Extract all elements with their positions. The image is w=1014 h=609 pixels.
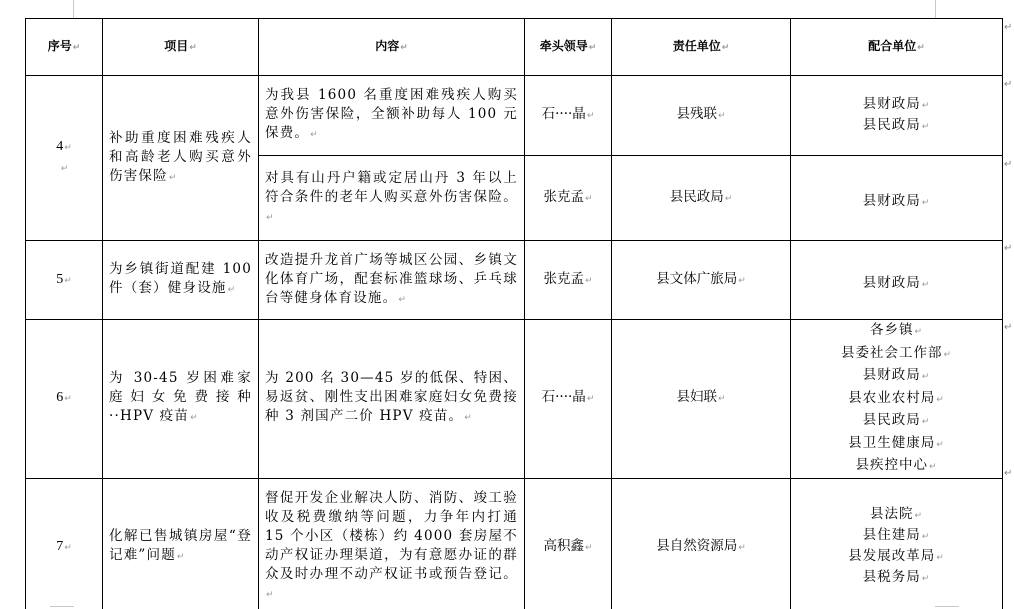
cooperating-unit: 县农业农村局↵ — [797, 388, 996, 411]
cooperating-unit: 县财政局↵ — [797, 274, 996, 295]
cell-project: 为 30-45 岁困难家庭妇女免费接种··HPV 疫苗↵ — [103, 320, 259, 479]
cell-cooperating-units: 县财政局↵ 县民政局↵ — [791, 76, 1003, 156]
cooperating-unit: 各乡镇↵ — [797, 320, 996, 343]
header-row: 序号↵ 项目↵ 内容↵ 牵头领导↵ 责任单位↵ 配合单位↵ — [26, 19, 1003, 76]
header-cooperating-units: 配合单位↵ — [791, 19, 1003, 76]
cell-cooperating-units: 县财政局↵ — [791, 241, 1003, 320]
cell-index: 7↵ — [26, 478, 103, 609]
cooperating-unit: 县财政局↵ — [797, 95, 996, 116]
page-corner-mark — [935, 0, 936, 18]
cell-cooperating-units: 县法院↵ 县住建局↵ 县发展改革局↵ 县税务局↵ — [791, 478, 1003, 609]
cell-project: 补助重度困难残疾人和高龄老人购买意外伤害保险↵ — [103, 76, 259, 241]
cooperating-unit: 县委社会工作部↵ — [797, 343, 996, 366]
cell-content: 为 200 名 30—45 岁的低保、特困、易返贫、刚性支出困难家庭妇女免费接种… — [259, 320, 525, 479]
cooperating-unit: 县发展改革局↵ — [797, 547, 996, 568]
cell-content: 督促开发企业解决人防、消防、竣工验收及税费缴纳等问题，力争年内打通 15 个小区… — [259, 478, 525, 609]
header-content: 内容↵ — [259, 19, 525, 76]
header-index: 序号↵ — [26, 19, 103, 76]
header-leader: 牵头领导↵ — [525, 19, 612, 76]
cell-leader: 石····晶↵ — [525, 320, 612, 479]
header-responsible-unit: 责任单位↵ — [612, 19, 791, 76]
header-project: 项目↵ — [103, 19, 259, 76]
work-items-table: 序号↵ 项目↵ 内容↵ 牵头领导↵ 责任单位↵ 配合单位↵ 4↵↵ 补助重度困难… — [25, 18, 1003, 609]
row-end-mark: ↵ — [1004, 79, 1012, 90]
page-corner-mark — [73, 0, 74, 18]
cooperating-unit: 县住建局↵ — [797, 526, 996, 547]
cooperating-unit: 县财政局↵ — [797, 365, 996, 388]
cooperating-unit: 县财政局↵ — [797, 192, 996, 213]
cell-responsible-unit: 县自然资源局↵ — [612, 478, 791, 609]
table-row: 4↵↵ 补助重度困难残疾人和高龄老人购买意外伤害保险↵ 为我县 1600 名重度… — [26, 76, 1003, 156]
cooperating-unit: 县疾控中心↵ — [797, 455, 996, 478]
cell-cooperating-units: 各乡镇↵ 县委社会工作部↵ 县财政局↵ 县农业农村局↵ 县民政局↵ 县卫生健康局… — [791, 320, 1003, 479]
cell-index: 5↵ — [26, 241, 103, 320]
cell-project: 为乡镇街道配建 100 件（套）健身设施↵ — [103, 241, 259, 320]
cooperating-unit: 县卫生健康局↵ — [797, 433, 996, 456]
cell-leader: 高积鑫↵ — [525, 478, 612, 609]
cell-cooperating-units: 县财政局↵ — [791, 156, 1003, 241]
cell-responsible-unit: 县民政局↵ — [612, 156, 791, 241]
cell-content: 改造提升龙首广场等城区公园、乡镇文化体育广场，配套标准篮球场、乒乓球台等健身体育… — [259, 241, 525, 320]
cell-leader: 石····晶↵ — [525, 76, 612, 156]
table-row: 6↵ 为 30-45 岁困难家庭妇女免费接种··HPV 疫苗↵ 为 200 名 … — [26, 320, 1003, 479]
row-end-mark: ↵ — [1004, 22, 1012, 33]
cell-index: 6↵ — [26, 320, 103, 479]
cell-leader: 张克孟↵ — [525, 156, 612, 241]
table-row: 7↵ 化解已售城镇房屋“登记难”问题↵ 督促开发企业解决人防、消防、竣工验收及税… — [26, 478, 1003, 609]
cell-responsible-unit: 县妇联↵ — [612, 320, 791, 479]
cell-project: 化解已售城镇房屋“登记难”问题↵ — [103, 478, 259, 609]
cell-responsible-unit: 县残联↵ — [612, 76, 791, 156]
cooperating-unit: 县法院↵ — [797, 505, 996, 526]
cooperating-unit: 县民政局↵ — [797, 116, 996, 137]
row-end-mark: ↵ — [1004, 243, 1012, 254]
table-row: 5↵ 为乡镇街道配建 100 件（套）健身设施↵ 改造提升龙首广场等城区公园、乡… — [26, 241, 1003, 320]
cell-leader: 张克孟↵ — [525, 241, 612, 320]
row-end-mark: ↵ — [1004, 322, 1012, 333]
row-end-mark: ↵ — [1004, 159, 1012, 170]
cooperating-unit: 县税务局↵ — [797, 568, 996, 589]
row-end-mark: ↵ — [1004, 468, 1012, 479]
cell-content: 对具有山丹户籍或定居山丹 3 年以上符合条件的老年人购买意外伤害保险。↵ — [259, 156, 525, 241]
cell-index: 4↵↵ — [26, 76, 103, 241]
cell-responsible-unit: 县文体广旅局↵ — [612, 241, 791, 320]
cooperating-unit: 县民政局↵ — [797, 410, 996, 433]
cell-content: 为我县 1600 名重度困难残疾人购买意外伤害保险，全额补助每人 100 元保费… — [259, 76, 525, 156]
